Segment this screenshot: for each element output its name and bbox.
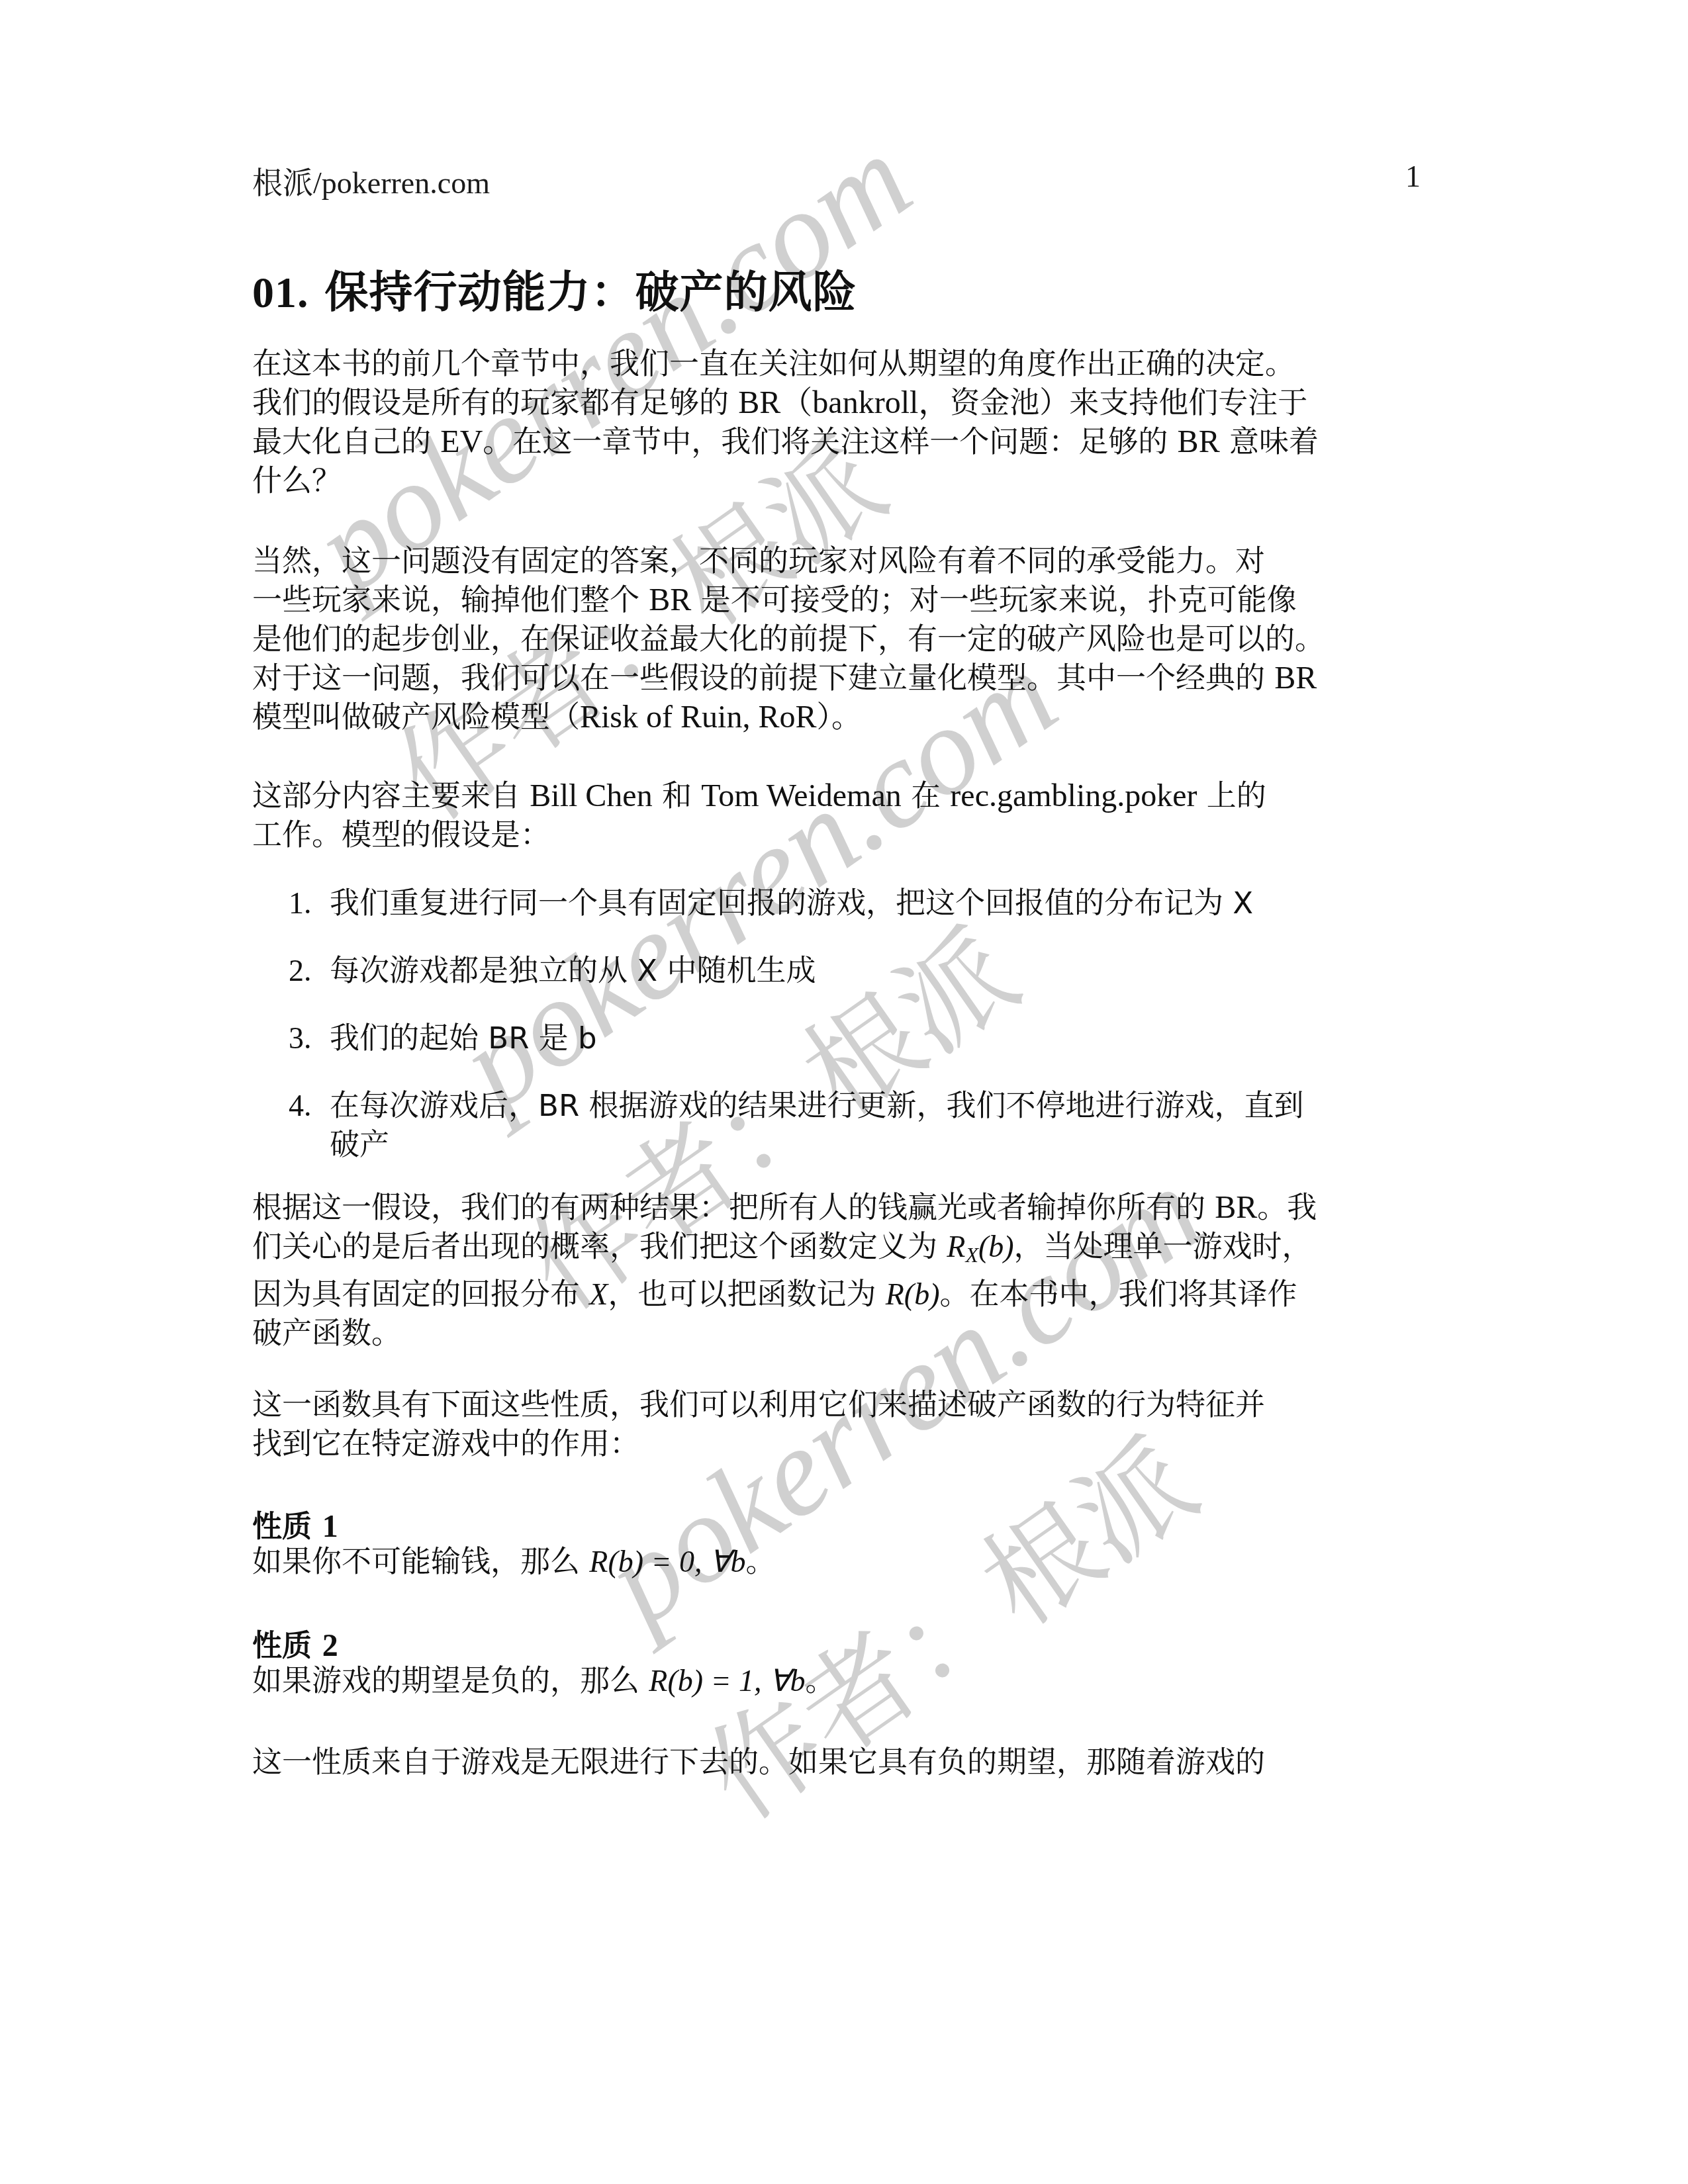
text: 这部分内容主要来自 <box>252 778 530 813</box>
math-variable: b <box>578 1021 597 1056</box>
text: 如果你不可能输钱，那么 <box>252 1544 589 1579</box>
text: 上的 <box>1197 778 1266 813</box>
text: 如果游戏的期望是负的，那么 <box>252 1663 649 1698</box>
text: 。在这一章节中，我们将关注这样一个问题：足够的 <box>483 424 1177 459</box>
text-latin: BR <box>1274 660 1317 696</box>
text: 根据游戏的结果进行更新，我们不停地进行游戏，直到 <box>579 1088 1303 1123</box>
running-title: 根派/pokerren.com <box>252 159 490 203</box>
text: 每次游戏都是独立的从 <box>330 953 637 988</box>
list-marker: 2. <box>289 951 312 990</box>
math-formula: R(b) = 1, ∀b <box>649 1664 805 1698</box>
chapter-title: 01. 保持行动能力：破产的风险 <box>252 257 857 320</box>
text: 是不可接受的；对一些玩家来说，扑克可能像 <box>691 582 1296 617</box>
property-2-heading: 性质 2 <box>252 1621 338 1664</box>
text-latin: Risk of Ruin, RoR <box>580 700 816 735</box>
math-variable: X <box>637 953 657 988</box>
text-line: 如果游戏的期望是负的，那么 R(b) = 1, ∀b。 <box>252 1661 1421 1700</box>
text-line: 工作。模型的假设是： <box>252 815 1421 854</box>
text-line: 一些玩家来说，输掉他们整个 BR 是不可接受的；对一些玩家来说，扑克可能像 <box>252 580 1421 619</box>
text: 。在本书中，我们将其译作 <box>939 1277 1297 1312</box>
text: 对于这一问题，我们可以在一些假设的前提下建立量化模型。其中一个经典的 <box>252 660 1274 696</box>
author-name: Tom Weideman <box>701 778 901 813</box>
text-line: 模型叫做破产风险模型（Risk of Ruin, RoR）。 <box>252 698 1421 737</box>
text: 资金池）来支持他们专注于 <box>950 385 1307 420</box>
property-number: 1 <box>322 1509 338 1544</box>
text: ）。 <box>816 700 861 735</box>
text-line: 这部分内容主要来自 Bill Chen 和 Tom Weideman 在 rec… <box>252 776 1421 815</box>
text-line: 当然，这一问题没有固定的答案，不同的玩家对风险有着不同的承受能力。对 <box>252 541 1421 580</box>
text-line: 最大化自己的 EV。在这一章节中，我们将关注这样一个问题：足够的 BR 意味着 <box>252 422 1421 461</box>
list-marker: 3. <box>289 1019 312 1058</box>
text-line: 破产函数。 <box>252 1314 1421 1353</box>
text-latin: BR <box>488 1021 529 1056</box>
text: 根据这一假设，我们的有两种结果：把所有人的钱赢光或者输掉你所有的 <box>252 1190 1215 1225</box>
property-number: 2 <box>322 1628 338 1663</box>
text: 。我 <box>1257 1190 1317 1225</box>
text-line: 们关心的是后者出现的概率，我们把这个函数定义为 RX(b)，当处理单一游戏时， <box>252 1227 1421 1275</box>
text: 和 <box>653 778 702 813</box>
text-latin: BR <box>1178 424 1220 459</box>
math-variable: X <box>589 1277 608 1311</box>
text: 在每次游戏后， <box>330 1088 538 1123</box>
text: 最大化自己的 <box>252 424 440 459</box>
text-line: 找到它在特定游戏中的作用： <box>252 1424 1421 1463</box>
math-subscript: X <box>965 1243 978 1267</box>
list-marker: 1. <box>289 884 312 923</box>
text-latin: BR <box>649 582 691 617</box>
assumption-item-2: 2. 每次游戏都是独立的从 X 中随机生成 <box>289 951 1421 990</box>
assumption-item-3: 3. 我们的起始 BR 是 b <box>289 1019 1421 1058</box>
chapter-title-text: 保持行动能力：破产的风险 <box>324 267 857 318</box>
text-line: 什么？ <box>252 461 1421 500</box>
paragraph-intro: 在这本书的前几个章节中，我们一直在关注如何从期望的角度作出正确的决定。 我们的假… <box>252 344 1421 500</box>
property-1-statement: 如果你不可能输钱，那么 R(b) = 0, ∀b。 <box>252 1542 1421 1581</box>
author-name: Bill Chen <box>530 778 652 813</box>
text-line: 我们的假设是所有的玩家都有足够的 BR（bankroll，资金池）来支持他们专注… <box>252 383 1421 422</box>
text: 破产 <box>330 1125 1421 1164</box>
text: 。 <box>746 1544 776 1579</box>
property-2-statement: 如果游戏的期望是负的，那么 R(b) = 1, ∀b。 <box>252 1661 1421 1700</box>
paragraph-outcomes: 根据这一假设，我们的有两种结果：把所有人的钱赢光或者输掉你所有的 BR。我 们关… <box>252 1188 1421 1353</box>
text: 在 <box>902 778 951 813</box>
assumption-item-4: 4. 在每次游戏后，BR 根据游戏的结果进行更新，我们不停地进行游戏，直到破产 <box>289 1086 1421 1164</box>
chapter-number: 01. <box>252 269 309 317</box>
text: 。 <box>806 1663 835 1698</box>
text: 们关心的是后者出现的概率，我们把这个函数定义为 <box>252 1229 947 1264</box>
text-latin: BR（bankroll， <box>738 385 950 420</box>
paragraph-risk-tolerance: 当然，这一问题没有固定的答案，不同的玩家对风险有着不同的承受能力。对 一些玩家来… <box>252 541 1421 737</box>
assumption-item-1: 1. 我们重复进行同一个具有固定回报的游戏，把这个回报值的分布记为 X <box>289 884 1421 923</box>
list-marker: 4. <box>289 1086 312 1125</box>
text-latin: EV <box>440 424 483 459</box>
running-header: 根派/pokerren.com 1 <box>252 159 1421 199</box>
text: 意味着 <box>1220 424 1319 459</box>
math-function: R <box>947 1230 965 1263</box>
text: ，当处理单一游戏时， <box>1014 1229 1312 1264</box>
text-line: 在这本书的前几个章节中，我们一直在关注如何从期望的角度作出正确的决定。 <box>252 344 1421 383</box>
text-line: 这一函数具有下面这些性质，我们可以利用它们来描述破产函数的行为特征并 <box>252 1385 1421 1424</box>
text-line: 根据这一假设，我们的有两种结果：把所有人的钱赢光或者输掉你所有的 BR。我 <box>252 1188 1421 1227</box>
paragraph-source: 这部分内容主要来自 Bill Chen 和 Tom Weideman 在 rec… <box>252 776 1421 854</box>
text-line: 因为具有固定的回报分布 X，也可以把函数记为 R(b)。在本书中，我们将其译作 <box>252 1275 1421 1314</box>
text: 一些玩家来说，输掉他们整个 <box>252 582 649 617</box>
text: ，也可以把函数记为 <box>608 1277 885 1312</box>
text: 我们的起始 <box>330 1021 488 1056</box>
paragraph-infinite-play: 这一性质来自于游戏是无限进行下去的。如果它具有负的期望，那随着游戏的 <box>252 1743 1421 1782</box>
text-latin: BR <box>1215 1190 1257 1225</box>
newsgroup-name: rec.gambling.poker <box>950 778 1197 813</box>
text: 中随机生成 <box>657 953 816 988</box>
math-formula: R(b) = 0, ∀b <box>589 1545 745 1578</box>
text-line: 如果你不可能输钱，那么 R(b) = 0, ∀b。 <box>252 1542 1421 1581</box>
text: 模型叫做破产风险模型（ <box>252 700 580 735</box>
property-label: 性质 <box>252 1628 312 1663</box>
property-label: 性质 <box>252 1509 312 1544</box>
text: 因为具有固定的回报分布 <box>252 1277 589 1312</box>
property-1-heading: 性质 1 <box>252 1502 338 1545</box>
text-line: 这一性质来自于游戏是无限进行下去的。如果它具有负的期望，那随着游戏的 <box>252 1743 1421 1782</box>
math-argument: (b) <box>978 1230 1014 1263</box>
text: 是 <box>529 1021 578 1056</box>
text-line: 对于这一问题，我们可以在一些假设的前提下建立量化模型。其中一个经典的 BR <box>252 659 1421 698</box>
math-function: R(b) <box>886 1277 940 1311</box>
text-line: 是他们的起步创业，在保证收益最大化的前提下，有一定的破产风险也是可以的。 <box>252 619 1421 659</box>
page-number: 1 <box>1405 159 1421 194</box>
paragraph-properties-intro: 这一函数具有下面这些性质，我们可以利用它们来描述破产函数的行为特征并 找到它在特… <box>252 1385 1421 1463</box>
text: 我们的假设是所有的玩家都有足够的 <box>252 385 738 420</box>
text: 我们重复进行同一个具有固定回报的游戏，把这个回报值的分布记为 <box>330 886 1233 921</box>
math-variable: X <box>1233 886 1253 921</box>
text-latin: BR <box>538 1088 579 1123</box>
